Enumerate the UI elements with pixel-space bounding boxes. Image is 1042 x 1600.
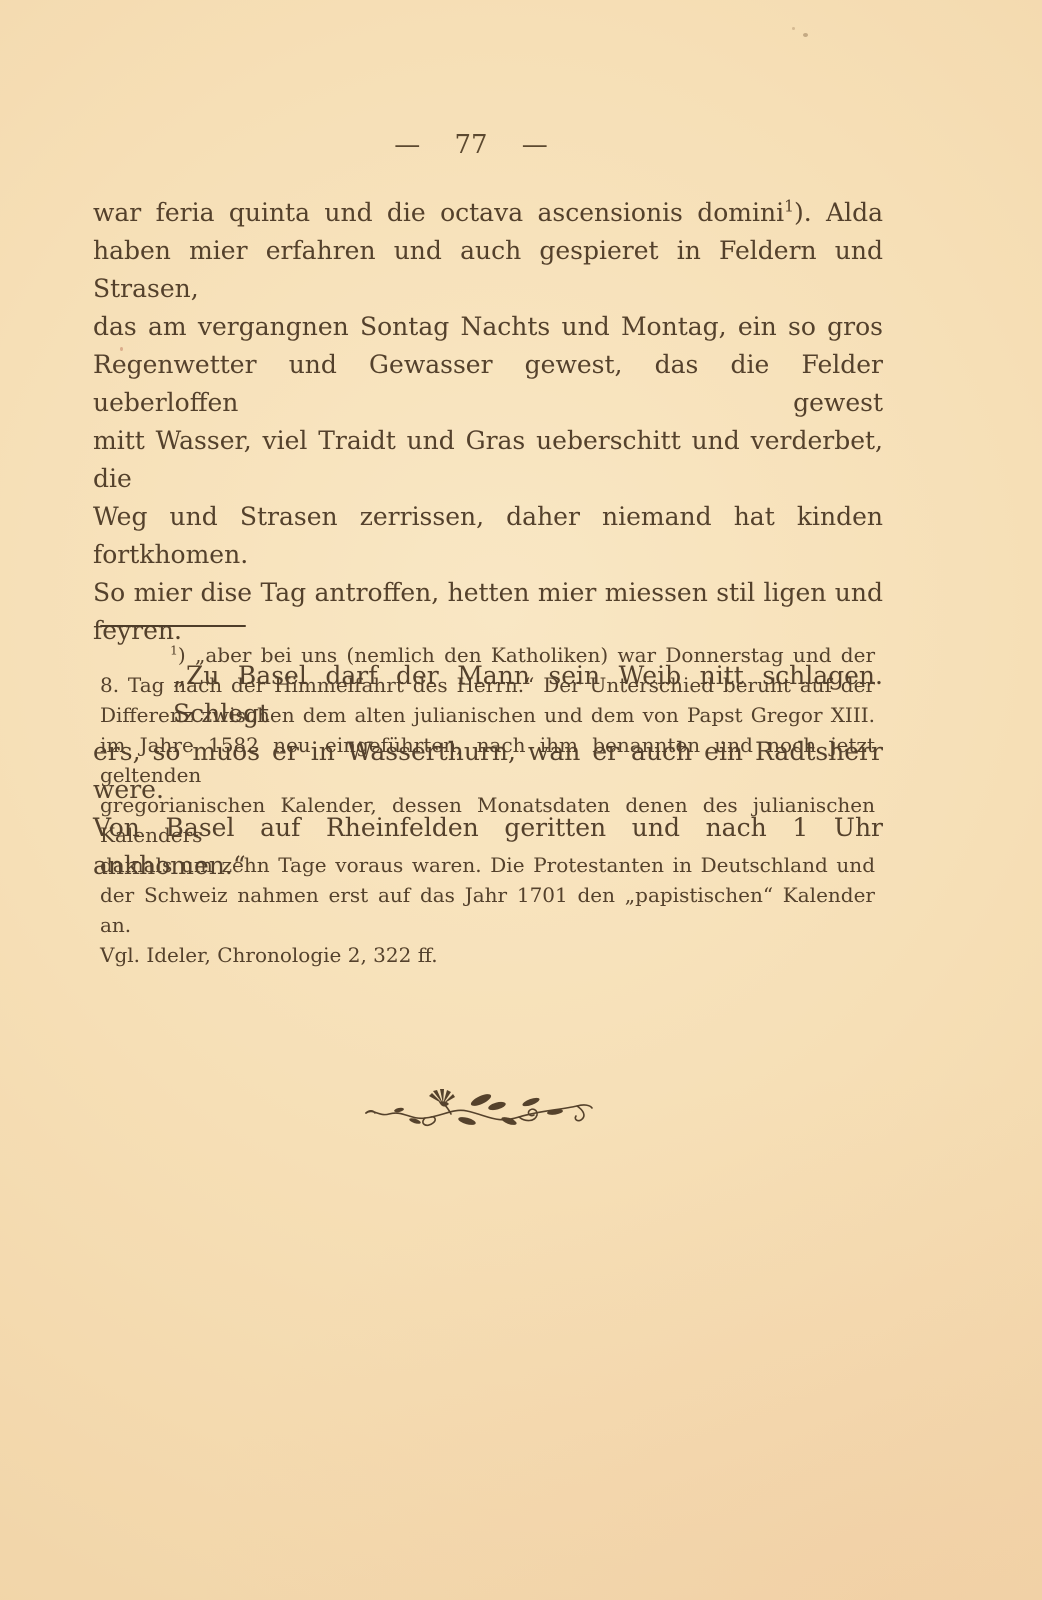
text-line: Weg und Strasen zerrissen, daher niemand… bbox=[93, 498, 883, 574]
paragraph-1-line-1-post: ). Alda bbox=[794, 198, 883, 227]
text-line: der Schweiz nahmen erst auf das Jahr 170… bbox=[100, 880, 875, 940]
text-line: mitt Wasser, viel Traidt und Gras uebers… bbox=[93, 422, 883, 498]
footnote-reference-mark: 1 bbox=[784, 198, 794, 216]
text-line: Differenz zwischen dem alten julianische… bbox=[100, 700, 875, 730]
text-line: im Jahre 1582 neu eingeführten, nach ihm… bbox=[100, 730, 875, 790]
text-line: Regenwetter und Gewasser gewest, das die… bbox=[93, 346, 883, 422]
text-line: So mier dise Tag antroffen, hetten mier … bbox=[93, 574, 883, 612]
text-line: das am vergangnen Sontag Nachts und Mont… bbox=[93, 308, 883, 346]
paper-speck bbox=[803, 33, 808, 37]
text-line: damals um zehn Tage voraus waren. Die Pr… bbox=[100, 850, 875, 880]
footnote-block: 1) „aber bei uns (nemlich den Katholiken… bbox=[100, 640, 875, 970]
footnote-lines: 8. Tag nach der Himmelfahrt des Herrn.“ … bbox=[100, 670, 875, 970]
text-line: 8. Tag nach der Himmelfahrt des Herrn.“ … bbox=[100, 670, 875, 700]
paper-speck bbox=[120, 347, 123, 351]
text-line: gregorianischen Kalender, dessen Monatsd… bbox=[100, 790, 875, 850]
scanned-book-page: — 77 — war feria quinta und die octava a… bbox=[0, 0, 1042, 1600]
paragraph-1-lines: haben mier erfahren und auch gespieret i… bbox=[93, 232, 883, 650]
text-line: war feria quinta und die octava ascensio… bbox=[93, 194, 883, 232]
footnote-marker: 1 bbox=[170, 642, 178, 657]
text-line: haben mier erfahren und auch gespieret i… bbox=[93, 232, 883, 308]
footnote-separator-rule bbox=[100, 625, 246, 627]
footnote-line-1-text: ) „aber bei uns (nemlich den Katholiken)… bbox=[178, 643, 875, 667]
paragraph-1-line-1-pre: war feria quinta und die octava ascensio… bbox=[93, 198, 784, 227]
floral-flourish-ornament-icon bbox=[363, 1086, 595, 1132]
page-number: — 77 — bbox=[76, 130, 866, 160]
paper-speck bbox=[792, 27, 795, 30]
paragraph-1: war feria quinta und die octava ascensio… bbox=[93, 194, 883, 650]
text-line: Vgl. Ideler, Chronologie 2, 322 ff. bbox=[100, 940, 875, 970]
text-line: 1) „aber bei uns (nemlich den Katholiken… bbox=[100, 640, 875, 670]
